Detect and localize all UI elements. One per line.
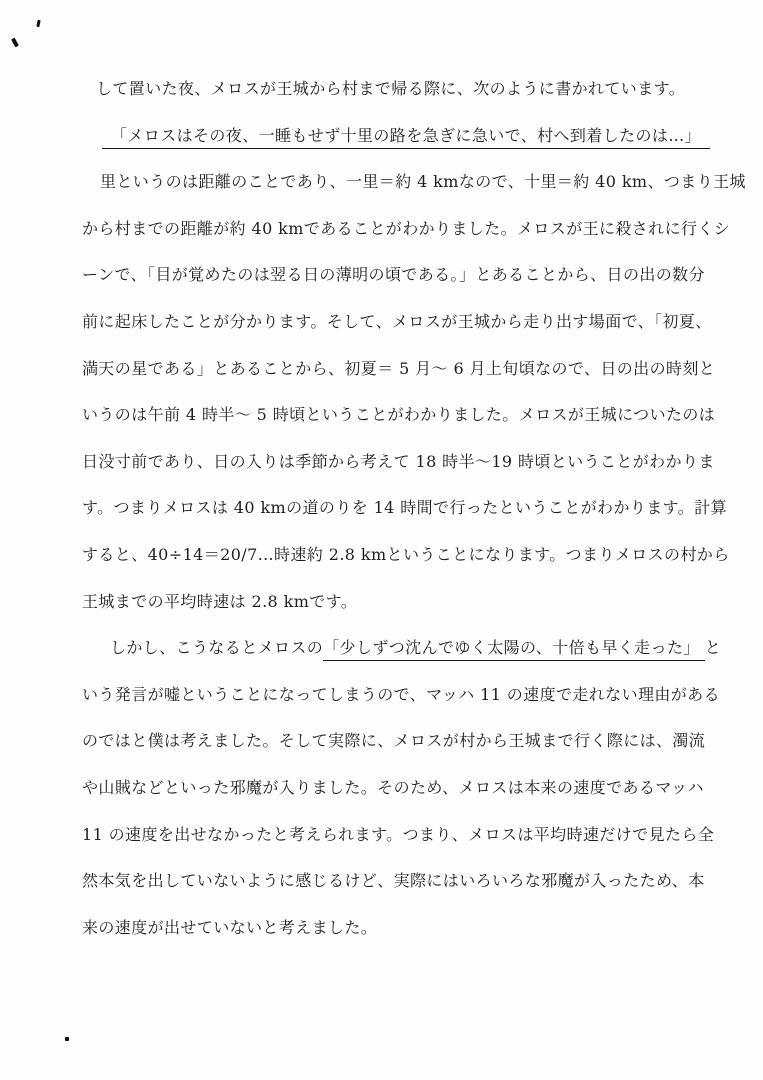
- body-text-segment: 王城までの平均時速は 2.8 kmです。: [82, 592, 357, 611]
- underlined-quote-text: 「メロスはその夜、一睡もせず十里の路を急ぎに急いで、村へ到着したのは…」: [102, 126, 710, 149]
- body-text-segment: 里というのは距離のことであり、一里＝約 4 kmなので、十里＝約 40 km、つ…: [100, 172, 746, 191]
- body-text-segment: から村までの距離が約 40 kmであることがわかりました。メロスが王に殺されに行…: [82, 219, 730, 238]
- body-text-segment: のではと僕は考えました。そして実際に、メロスが村から王城まで行く際には、濁流: [82, 731, 705, 750]
- text-line: して置いた夜、メロスが王城から村まで帰る際に、次のように書かれています。: [82, 66, 692, 113]
- text-line: 「メロスはその夜、一睡もせず十里の路を急ぎに急いで、村へ到着したのは…」: [82, 113, 692, 160]
- body-text-segment: いうのは午前 4 時半〜 5 時頃ということがわかりました。メロスが王城についた…: [82, 405, 715, 424]
- scanned-document-page: して置いた夜、メロスが王城から村まで帰る際に、次のように書かれています。「メロス…: [0, 0, 763, 1080]
- text-line: 王城までの平均時速は 2.8 kmです。: [82, 579, 692, 626]
- document-body-text: して置いた夜、メロスが王城から村まで帰る際に、次のように書かれています。「メロス…: [82, 66, 692, 951]
- text-line: 来の速度が出せていないと考えました。: [82, 905, 692, 952]
- text-line: や山賊などといった邪魔が入りました。そのため、メロスは本来の速度であるマッハ: [82, 765, 692, 812]
- text-line: 里というのは距離のことであり、一里＝約 4 kmなので、十里＝約 40 km、つ…: [82, 159, 692, 206]
- text-line: いう発言が嘘ということになってしまうので、マッハ 11 の速度で走れない理由があ…: [82, 672, 692, 719]
- body-text-segment: す。つまりメロスは 40 kmの道のりを 14 時間で行ったということがわかりま…: [82, 498, 727, 517]
- body-text-segment: 11 の速度を出せなかったと考えられます。つまり、メロスは平均時速だけで見たら全: [82, 825, 714, 844]
- underlined-quote-text: 「少しずつ沈んでゆく太陽の、十倍も早く走った」: [323, 638, 705, 661]
- body-text-segment: や山賊などといった邪魔が入りました。そのため、メロスは本来の速度であるマッハ: [82, 778, 704, 797]
- body-text-segment: して置いた夜、メロスが王城から村まで帰る際に、次のように書かれています。: [96, 79, 685, 98]
- scan-artifact-speck: [11, 38, 19, 48]
- text-line: から村までの距離が約 40 kmであることがわかりました。メロスが王に殺されに行…: [82, 206, 692, 253]
- text-line: すると、40÷14＝20/7…時速約 2.8 kmということになります。つまりメ…: [82, 532, 692, 579]
- body-text-segment: いう発言が嘘ということになってしまうので、マッハ 11 の速度で走れない理由があ…: [82, 685, 720, 704]
- scan-artifact-speck: [36, 20, 40, 27]
- body-text-segment: と: [705, 638, 721, 657]
- text-line: 前に起床したことが分かります。そして、メロスが王城から走り出す場面で、「初夏、: [82, 299, 692, 346]
- text-line: 満天の星である」とあることから、初夏＝ 5 月〜 6 月上旬頃なので、日の出の時…: [82, 346, 692, 393]
- body-text-segment: 満天の星である」とあることから、初夏＝ 5 月〜 6 月上旬頃なので、日の出の時…: [82, 359, 715, 378]
- body-text-segment: ーンで、「目が覚めたのは翌る日の薄明の頃である。」とあることから、日の出の数分: [82, 265, 705, 284]
- text-line: しかし、こうなるとメロスの「少しずつ沈んでゆく太陽の、十倍も早く走った」と: [82, 625, 692, 672]
- body-text-segment: すると、40÷14＝20/7…時速約 2.8 kmということになります。つまりメ…: [82, 545, 730, 564]
- text-line: 然本気を出していないように感じるけど、実際にはいろいろな邪魔が入ったため、本: [82, 858, 692, 905]
- text-line: いうのは午前 4 時半〜 5 時頃ということがわかりました。メロスが王城についた…: [82, 392, 692, 439]
- text-line: す。つまりメロスは 40 kmの道のりを 14 時間で行ったということがわかりま…: [82, 485, 692, 532]
- text-line: のではと僕は考えました。そして実際に、メロスが村から王城まで行く際には、濁流: [82, 718, 692, 765]
- body-text-segment: しかし、こうなるとメロスの: [110, 638, 323, 657]
- text-line: 日没寸前であり、日の入りは季節から考えて 18 時半〜19 時頃ということがわか…: [82, 439, 692, 486]
- body-text-segment: 来の速度が出せていないと考えました。: [82, 918, 377, 937]
- scan-artifact-speck: [65, 1037, 69, 1041]
- text-line: ーンで、「目が覚めたのは翌る日の薄明の頃である。」とあることから、日の出の数分: [82, 252, 692, 299]
- text-line: 11 の速度を出せなかったと考えられます。つまり、メロスは平均時速だけで見たら全: [82, 812, 692, 859]
- body-text-segment: 日没寸前であり、日の入りは季節から考えて 18 時半〜19 時頃ということがわか…: [82, 452, 715, 471]
- body-text-segment: 前に起床したことが分かります。そして、メロスが王城から走り出す場面で、「初夏、: [82, 312, 712, 331]
- body-text-segment: 然本気を出していないように感じるけど、実際にはいろいろな邪魔が入ったため、本: [82, 871, 705, 890]
